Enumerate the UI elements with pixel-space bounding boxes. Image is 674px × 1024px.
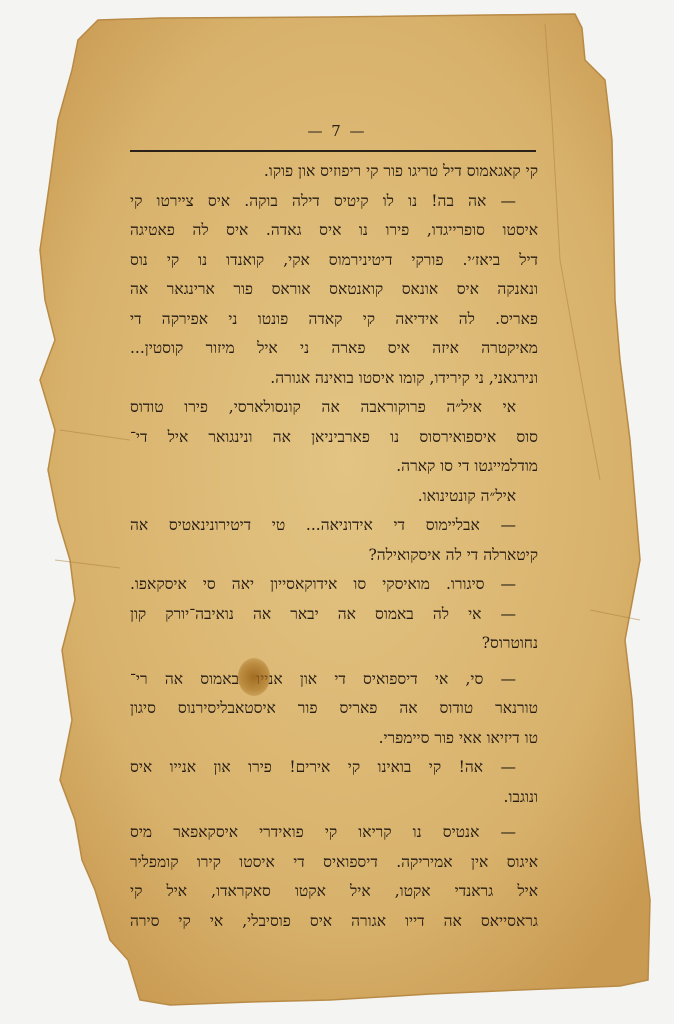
text-line: — סי, אי דיספואיס די און אנייו באמוס אה …	[130, 665, 538, 695]
text-line: גראסייאס אה דייו אגורה איס פוסיבלי, אי ק…	[130, 907, 538, 937]
text-line: — אי לה באמוס אה יבאר אה נואיבה־יורק קון	[130, 600, 538, 630]
text-line: פאריס. לה אידיאה קי קאדה פונטו ני אפירקה…	[130, 305, 538, 335]
text-line: מודלמייגטו די סו קארה.	[130, 452, 538, 482]
text-line: קי קאגאמוס דיל טריגו פור קי ריפוזיס און …	[130, 157, 538, 187]
text-line: — אנטיס נו קריאו קי פואידרי איסקאפאר מיס	[130, 818, 538, 848]
text-line: איסטו סופרייגדו, פירו נו איס גאדה. איס ל…	[130, 216, 538, 246]
text-line: איגוס אין אמיריקה. דיספואיס די איסטו קיר…	[130, 848, 538, 878]
water-stain	[238, 658, 270, 696]
text-line: איל״ה קונטינואו.	[130, 482, 538, 512]
text-line: — אבליימוס די אידוניאה... טי דיטירונינאט…	[130, 511, 538, 541]
text-body: קי קאגאמוס דיל טריגו פור קי ריפוזיס און …	[130, 157, 538, 936]
text-line: טורנאר טודוס אה פאריס פור איסטאבליסירנוס…	[130, 694, 538, 724]
page-number: — 7 —	[0, 122, 674, 140]
text-line: מאיקטרה איזה איס פארה ני איל מיזור קוסטי…	[130, 334, 538, 364]
text-line: טו דיזיאו אאי פור סיימפרי.	[130, 724, 538, 754]
text-line: סוס איספואירסוס נו פארביניאן אה ונינגואר…	[130, 423, 538, 453]
text-line: ונירגאני, ני קירידו, קומו איסטו בואינה א…	[130, 364, 538, 394]
text-line: קיטארלה די לה איסקואילה?	[130, 541, 538, 571]
text-line: ונוגבו.	[130, 783, 538, 813]
text-line: אי איל״ה פרוקוראבה אה קונסולארסי, פירו ט…	[130, 393, 538, 423]
text-line: — אה! קי בואינו קי אירים! פירו און אנייו…	[130, 753, 538, 783]
text-line: נחוטרוס?	[130, 629, 538, 659]
text-line: ונאנקה איס אונאס קואנטאס אוראס פור ארינג…	[130, 275, 538, 305]
text-line: איל גראנדי אקטו, איל אקטו סאקראדו, איל ק…	[130, 877, 538, 907]
text-line: דיל ביאז׳י. פורקי דיטינירמוס אקי, קואנדו…	[130, 246, 538, 276]
text-line: — סיגורו. מואיסקי סו אידוקאסייון יאה סי …	[130, 570, 538, 600]
header-rule	[130, 150, 536, 152]
text-line: — אה בה! נו לו קיטיס דילה בוקה. איס צייר…	[130, 187, 538, 217]
